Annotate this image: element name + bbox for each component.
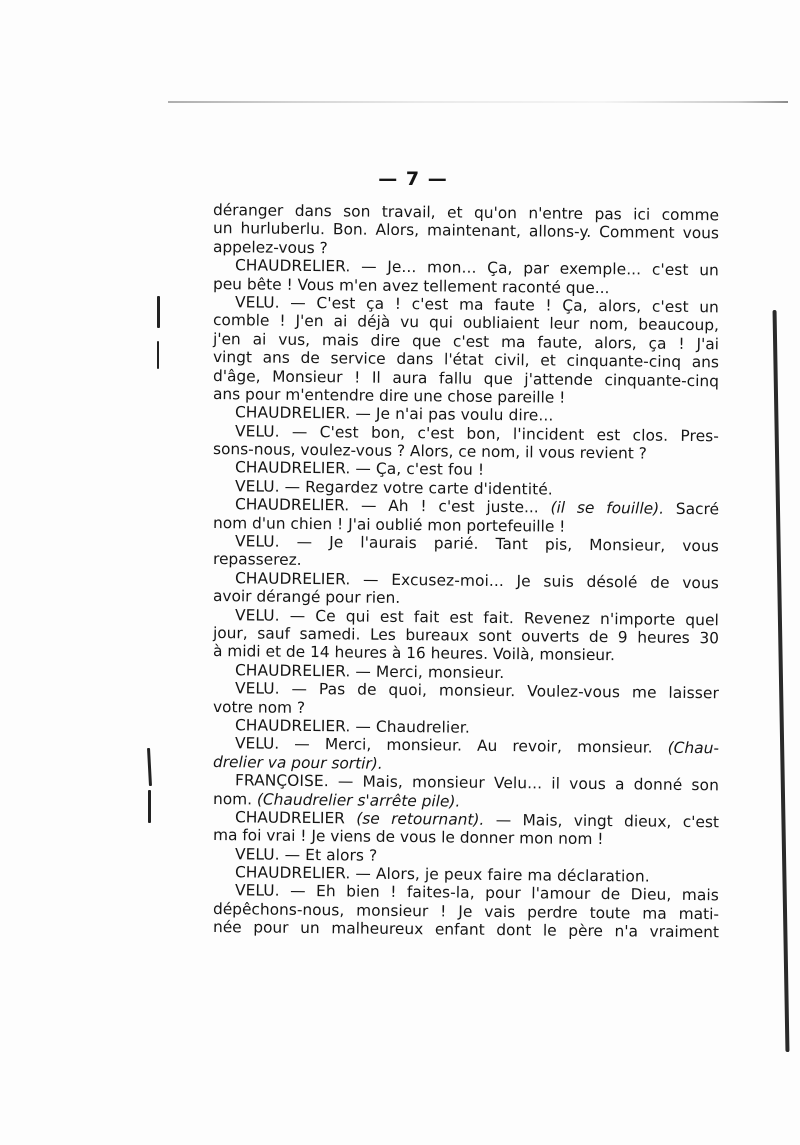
margin-mark <box>147 748 152 786</box>
margin-mark <box>157 341 159 369</box>
margin-mark <box>157 296 160 328</box>
line-text: CHAUDRELIER. — Chaudrelier. <box>235 716 470 736</box>
page-edge-shadow <box>773 310 790 1052</box>
scan-artifact-top-line <box>168 101 788 103</box>
line-text: CHAUDRELIER. — Je n'ai pas voulu dire... <box>235 404 554 425</box>
line-text: votre nom ? <box>213 698 305 717</box>
line-text: CHAUDRELIER. — Ah ! c'est juste... <box>235 495 551 516</box>
line-text: avoir dérangé pour rien. <box>213 587 400 607</box>
stage-direction: (se retournant). <box>356 809 484 828</box>
line-text: CHAUDRELIER. — Ça, c'est fou ! <box>235 459 484 480</box>
line-text: CHAUDRELIER <box>235 808 356 827</box>
line-text: VELU. — Et alors ? <box>235 845 378 864</box>
stage-direction: drelier va pour sortir). <box>213 753 383 773</box>
margin-mark <box>148 790 151 823</box>
line-text: — Mais, vingt dieux, c'est <box>484 811 719 831</box>
stage-direction: (Chau- <box>668 739 719 758</box>
line-text: appelez-vous ? <box>213 238 328 257</box>
stage-direction: (Chaudrelier s'arrête pile). <box>257 790 461 810</box>
stage-direction: (il se fouille). <box>550 499 664 518</box>
play-text-body: déranger dans son travail, et qu'on n'en… <box>213 201 719 937</box>
line-text: Sacré <box>664 500 719 519</box>
line-text: née pour un malheureux enfant dont le pè… <box>213 918 719 941</box>
text-line: née pour un malheureux enfant dont le pè… <box>213 918 719 942</box>
line-text: nom. <box>213 790 257 808</box>
page-number: — 7 — <box>0 168 800 190</box>
line-text: repasserez. <box>213 550 302 569</box>
